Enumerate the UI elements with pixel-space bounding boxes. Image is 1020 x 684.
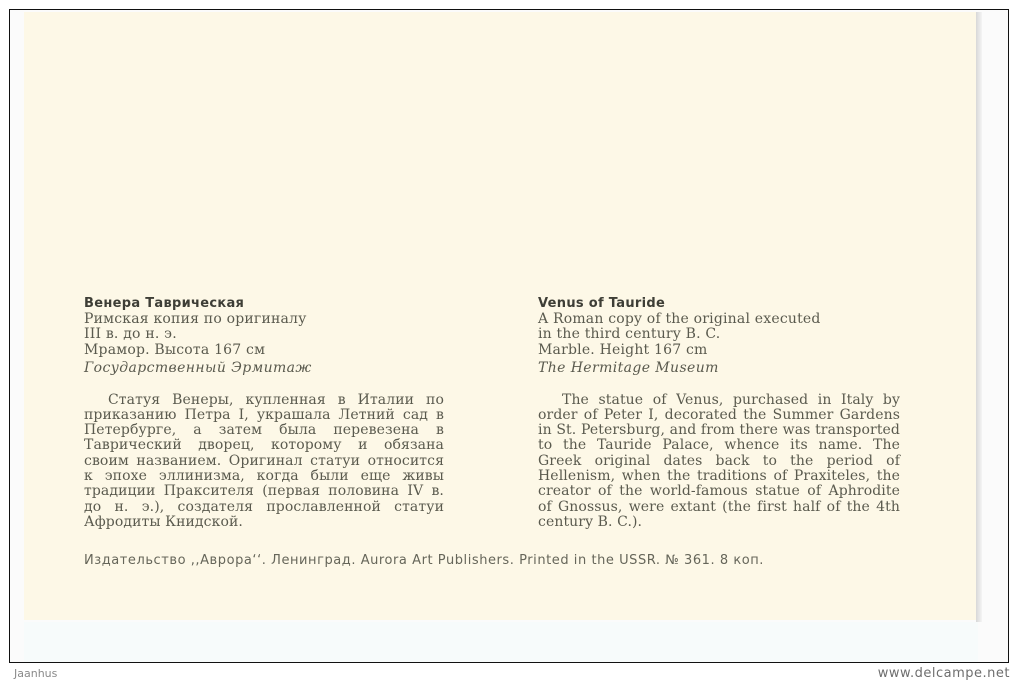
publisher-imprint: Издательство ,,Аврора‘‘. Ленинград. Auro… (84, 553, 904, 568)
description-en: The statue of Venus, purchased in Italy … (538, 393, 900, 531)
scan-background-strip (24, 622, 978, 662)
russian-caption-column: Венера Таврическая Римская копия по ориг… (84, 296, 444, 530)
artwork-meta-en-1: A Roman copy of the original executed (538, 312, 900, 328)
artwork-meta-en-2: in the third century B. C. (538, 327, 900, 343)
museum-name-ru: Государственный Эрмитаж (84, 361, 444, 377)
postcard-edge-shadow (976, 12, 982, 622)
english-caption-column: Venus of Tauride A Roman copy of the ori… (538, 296, 900, 530)
description-ru: Статуя Венеры, купленная в Италии по при… (84, 393, 444, 531)
artwork-meta-ru-2: III в. до н. э. (84, 327, 444, 343)
artwork-meta-ru-3: Мрамор. Высота 167 см (84, 343, 444, 359)
site-watermark: www.delcampe.net (878, 666, 1010, 681)
seller-watermark: Jaanhus (14, 667, 57, 680)
artwork-meta-en-3: Marble. Height 167 cm (538, 343, 900, 359)
artwork-title-ru: Венера Таврическая (84, 296, 444, 312)
artwork-title-en: Venus of Tauride (538, 296, 900, 312)
museum-name-en: The Hermitage Museum (538, 361, 900, 377)
artwork-meta-ru-1: Римская копия по оригиналу (84, 312, 444, 328)
